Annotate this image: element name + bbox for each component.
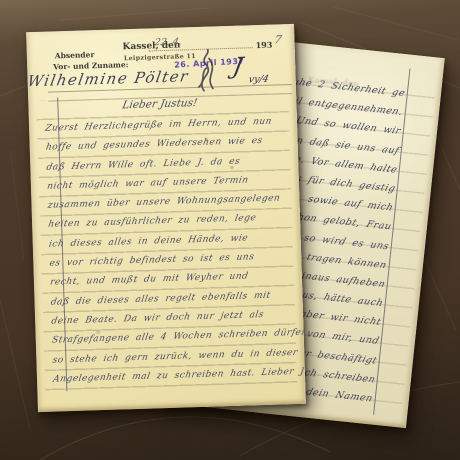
- annotation-initial: J: [233, 54, 243, 80]
- greeting-line: Lieber Justus!: [122, 97, 197, 111]
- photo-of-letter: Kassel, den einen Ruhe 2 Sicherheit ge h…: [0, 0, 460, 460]
- letter-front-page: Absender Vor- und Zuname: Kassel, den 22…: [26, 24, 306, 412]
- handwriting-block: Zuerst Herzlichegrüße im Herrn, und nun …: [45, 112, 299, 390]
